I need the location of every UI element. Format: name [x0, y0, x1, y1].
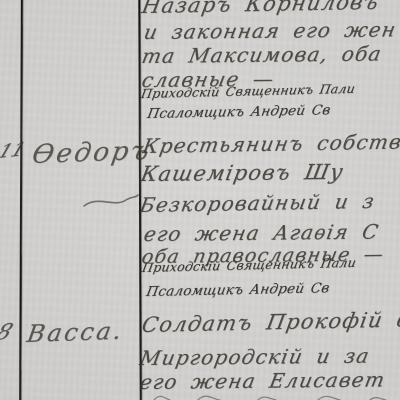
entry1-line: та Максимова, оба [140, 41, 384, 68]
partial-next-line-strokes [150, 393, 390, 400]
entry2-margin-number: 11 [0, 139, 29, 163]
entry2-line: его жена Агаѳія С [142, 220, 381, 246]
entry2-name: Ѳедоръ [30, 136, 153, 170]
entry2-line: Кашеміровъ Шу [139, 160, 346, 186]
entry3-line: Солдатъ Прокофій в [140, 307, 400, 337]
entry3-margin-number: 8 [0, 320, 16, 346]
margin-rule [19, 0, 23, 400]
entry1-clergy-line: Псаломщикъ Андрей Св [146, 102, 332, 122]
entry3-line: его жена Елисавет [138, 367, 387, 394]
entry2-line: Крестьянинъ собстве [141, 129, 400, 158]
name-flourish-swash [82, 191, 140, 211]
entry1-line: Назаръ Корниловъ [140, 0, 381, 18]
entry3-line: Миргородскій и за [138, 344, 372, 370]
register-page-scan: 11 8 Ѳедоръ Васса. Назаръ Корниловъ и за… [0, 0, 400, 400]
entry2-clergy-line: Псаломщикъ Андрей Св [145, 280, 331, 300]
entry2-line: Безкоровайный и з [138, 189, 377, 217]
entry3-name: Васса. [25, 317, 126, 348]
entry1-line: и законная его жен [142, 17, 399, 44]
